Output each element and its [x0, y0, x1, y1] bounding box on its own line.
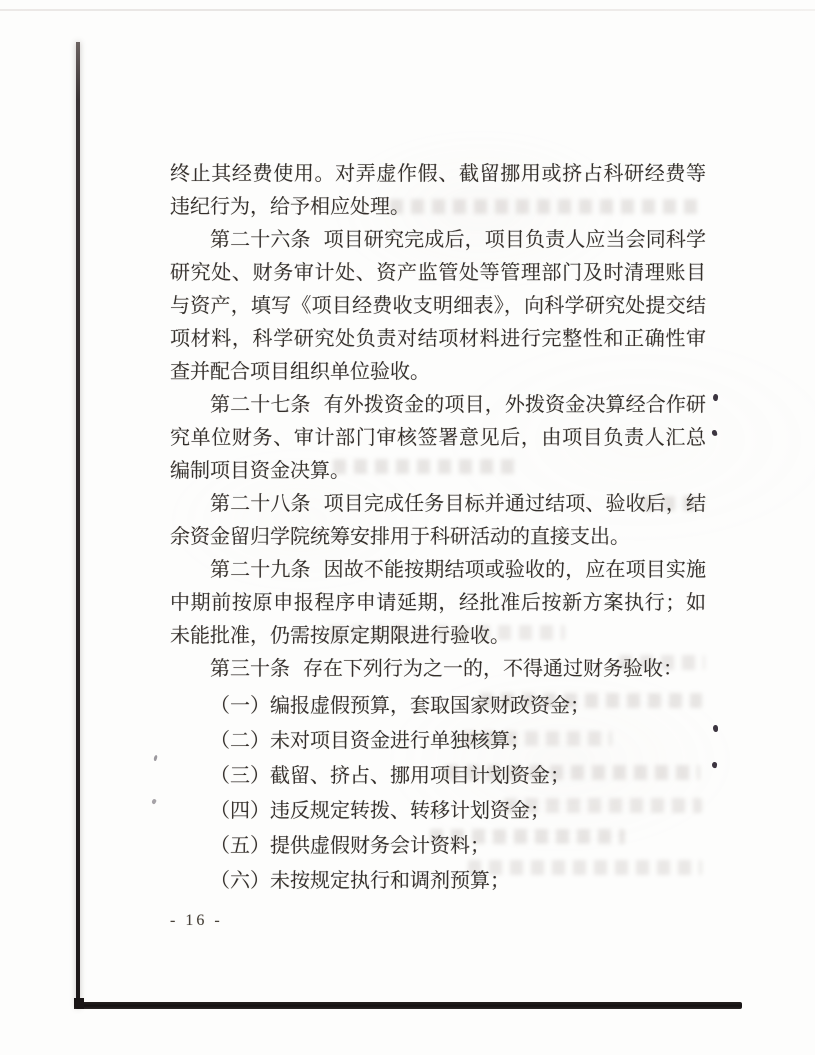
clause-item-1: （一）编报虚假预算，套取国家财政资金； [170, 689, 706, 724]
article-number-term: 第二十九条 [210, 559, 311, 581]
scan-speck [712, 762, 718, 769]
article-number-term: 第二十七条 [210, 394, 311, 416]
page-left-edge-line [76, 42, 80, 1008]
article-number-term: 第二十六条 [210, 229, 311, 251]
scan-top-edge-line [0, 9, 815, 11]
article-text: 项目研究完成后，项目负责人应当会同科学研究处、财务审计处、资产监管处等管理部门及… [170, 229, 706, 383]
article-29-paragraph: 第二十九条因故不能按期结项或验收的，应在项目实施中期前按原申报程序申请延期，经批… [170, 554, 706, 653]
continuation-paragraph: 终止其经费使用。对弄虚作假、截留挪用或挤占科研经费等违纪行为，给予相应处理。 [170, 158, 706, 224]
article-26-paragraph: 第二十六条项目研究完成后，项目负责人应当会同科学研究处、财务审计处、资产监管处等… [170, 224, 706, 389]
clause-list: （一）编报虚假预算，套取国家财政资金； （二）未对项目资金进行单独核算； （三）… [170, 689, 706, 899]
article-text: 终止其经费使用。对弄虚作假、截留挪用或挤占科研经费等违纪行为，给予相应处理。 [170, 163, 706, 218]
clause-item-2: （二）未对项目资金进行单独核算； [170, 724, 706, 759]
scan-speck [153, 755, 158, 762]
article-30-paragraph: 第三十条存在下列行为之一的，不得通过财务验收： [170, 653, 706, 686]
clause-item-3: （三）截留、挤占、挪用项目计划资金； [170, 759, 706, 794]
clause-item-5: （五）提供虚假财务会计资料； [170, 829, 706, 864]
scan-speck [713, 394, 719, 402]
article-text: 存在下列行为之一的，不得通过财务验收： [303, 658, 683, 680]
article-number-term: 第三十条 [210, 658, 290, 680]
scan-speck [711, 429, 717, 436]
document-body-text: 终止其经费使用。对弄虚作假、截留挪用或挤占科研经费等违纪行为，给予相应处理。 第… [170, 158, 706, 899]
clause-item-6: （六）未按规定执行和调剂预算； [170, 864, 706, 899]
article-27-paragraph: 第二十七条有外拨资金的项目，外拨资金决算经合作研究单位财务、审计部门审核签署意见… [170, 389, 706, 488]
scan-speck [151, 798, 157, 804]
scan-speck [713, 725, 718, 732]
clause-item-4: （四）违反规定转拨、转移计划资金； [170, 794, 706, 829]
page-bottom-edge-line [74, 1002, 742, 1009]
scanned-document-page: 终止其经费使用。对弄虚作假、截留挪用或挤占科研经费等违纪行为，给予相应处理。 第… [0, 0, 815, 1055]
article-number-term: 第二十八条 [210, 493, 311, 515]
article-28-paragraph: 第二十八条项目完成任务目标并通过结项、验收后，结余资金留归学院统筹安排用于科研活… [170, 488, 706, 554]
page-number: - 16 - [170, 912, 223, 930]
